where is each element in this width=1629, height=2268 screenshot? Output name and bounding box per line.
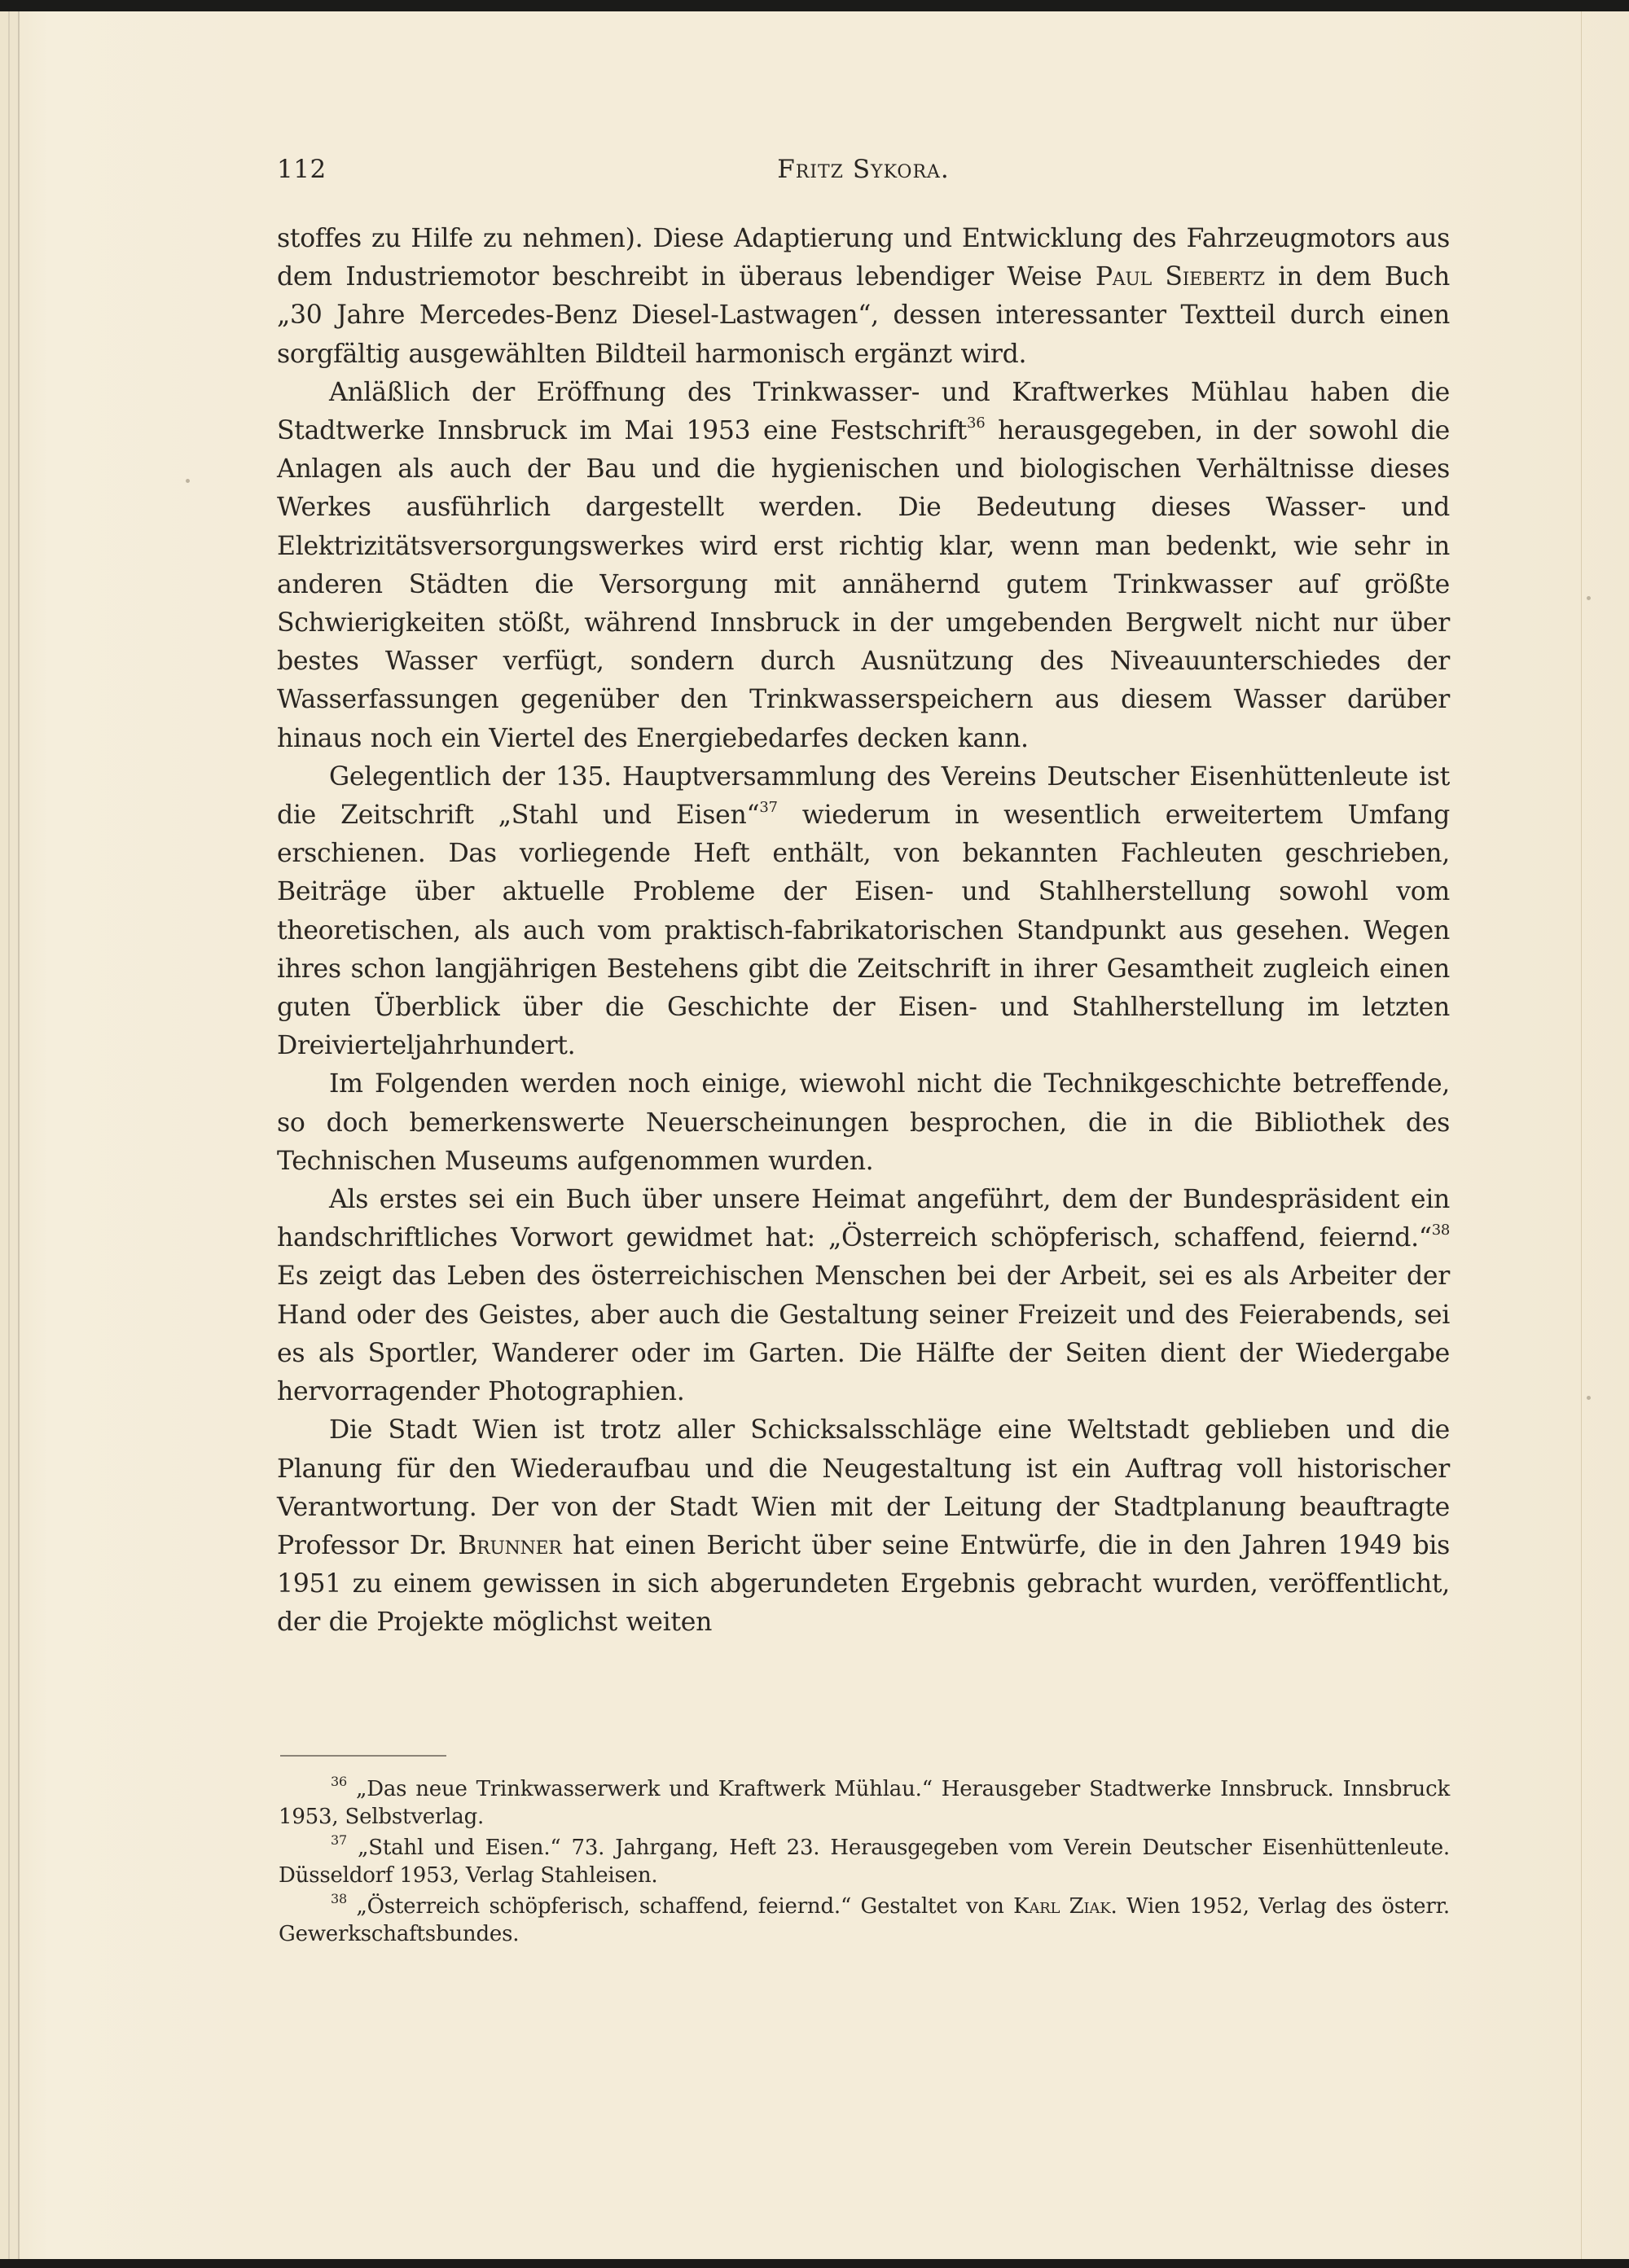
paragraph: Als erstes sei ein Buch über unsere Heim…: [277, 1181, 1450, 1411]
footnote-number: 36: [331, 1774, 347, 1789]
footnotes: 36 „Das neue Trinkwasserwerk und Kraftwe…: [279, 1776, 1450, 1952]
page-gutter-edge: [0, 11, 20, 2259]
footnote-number: 38: [331, 1891, 347, 1906]
paragraph: Gelegentlich der 135. Hauptversammlung d…: [277, 758, 1450, 1066]
author-name: Brunner: [458, 1531, 561, 1560]
footnote-divider: [280, 1755, 446, 1757]
footnote: 36 „Das neue Trinkwasserwerk und Kraftwe…: [279, 1776, 1450, 1831]
footnote: 37 „Stahl und Eisen.“ 73. Jahrgang, Heft…: [279, 1835, 1450, 1889]
author-name: Karl Ziak: [1013, 1894, 1110, 1919]
running-title: Fritz Sykora.: [277, 155, 1450, 184]
author-name: Paul Siebertz: [1096, 262, 1265, 292]
body-text: stoffes zu Hilfe zu nehmen). Diese Adapt…: [277, 220, 1450, 1643]
paper-speck: [186, 479, 190, 483]
paragraph: Im Folgenden werden noch einige, wiewohl…: [277, 1065, 1450, 1181]
paper-speck: [1587, 596, 1591, 600]
book-page: 112 Fritz Sykora. stoffes zu Hilfe zu ne…: [0, 11, 1629, 2259]
footnote-number: 37: [331, 1832, 347, 1848]
footnote: 38 „Österreich schöpferisch, schaffend, …: [279, 1893, 1450, 1948]
footnote-ref[interactable]: 36: [967, 415, 985, 432]
paper-speck: [1587, 1396, 1591, 1400]
footnote-ref[interactable]: 37: [759, 799, 777, 816]
paragraph: Anläßlich der Eröffnung des Trinkwasser-…: [277, 374, 1450, 758]
running-head: 112 Fritz Sykora.: [277, 155, 1450, 187]
paragraph: Die Stadt Wien ist trotz aller Schicksal…: [277, 1411, 1450, 1642]
page-fold-line: [1581, 11, 1582, 2259]
footnote-ref[interactable]: 38: [1432, 1222, 1450, 1239]
paragraph: stoffes zu Hilfe zu nehmen). Diese Adapt…: [277, 220, 1450, 374]
